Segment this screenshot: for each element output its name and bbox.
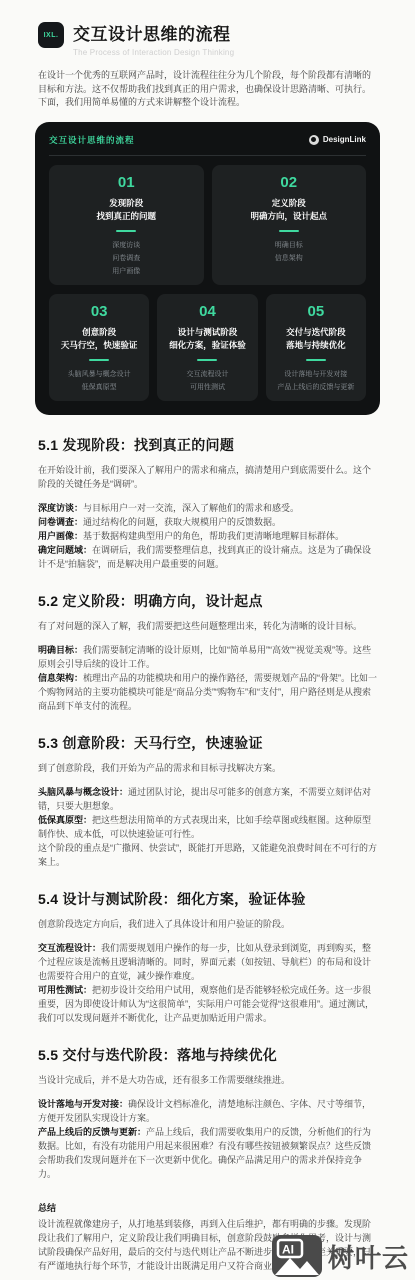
stage-item: 问卷调查 bbox=[53, 252, 200, 265]
stage-item: 深度访谈 bbox=[53, 239, 200, 252]
summary-heading: 总结 bbox=[38, 1201, 377, 1215]
point-term: 可用性测试： bbox=[38, 985, 92, 995]
stage-items: 设计落地与开发对接产品上线后的反馈与更新 bbox=[270, 368, 362, 394]
stage-accent-divider bbox=[197, 359, 217, 361]
intro-paragraph: 在设计一个优秀的互联网产品时，设计流程往往分为几个阶段，每个阶段都有清晰的目标和… bbox=[38, 69, 377, 110]
brand-label: DesignLink bbox=[323, 135, 366, 144]
ai-image-watermark-icon: AI bbox=[271, 1234, 323, 1278]
stage-items: 头脑风暴与概念设计低保真原型 bbox=[53, 368, 145, 394]
stage-tagline: 细化方案，验证体验 bbox=[161, 339, 253, 352]
stage-item: 交互流程设计 bbox=[161, 368, 253, 381]
stage-name: 设计与测试阶段 bbox=[161, 326, 253, 339]
stage-tagline: 天马行空，快速验证 bbox=[53, 339, 145, 352]
section-heading: 5.1 发现阶段：找到真正的问题 bbox=[38, 435, 377, 455]
stage-accent-divider bbox=[306, 359, 326, 361]
infographic-divider bbox=[49, 155, 366, 156]
section-point: 信息架构：梳理出产品的功能模块和用户的操作路径，需要规划产品的“骨架”。比如一个… bbox=[38, 671, 377, 713]
stage-card-01: 01发现阶段找到真正的问题深度访谈问卷调查用户画像 bbox=[49, 165, 204, 285]
stage-item: 信息架构 bbox=[216, 252, 363, 265]
stage-item: 可用性测试 bbox=[161, 381, 253, 394]
stage-number: 04 bbox=[161, 303, 253, 320]
app-logo-icon: IXL. bbox=[38, 22, 64, 48]
title-block: 交互设计思维的流程 The Process of Interaction Des… bbox=[73, 20, 234, 57]
stage-accent-divider bbox=[89, 359, 109, 361]
stage-items: 交互流程设计可用性测试 bbox=[161, 368, 253, 394]
stage-name: 创意阶段 bbox=[53, 326, 145, 339]
stage-item: 用户画像 bbox=[53, 265, 200, 278]
section-5-5: 5.5 交付与迭代阶段：落地与持续优化当设计完成后，并不是大功告成，还有很多工作… bbox=[38, 1045, 377, 1181]
section-point: 确定问题域：在调研后，我们需要整理信息，找到真正的设计痛点。这是为了确保设计不是… bbox=[38, 543, 377, 571]
stage-row-bottom: 03创意阶段天马行空，快速验证头脑风暴与概念设计低保真原型04设计与测试阶段细化… bbox=[49, 294, 366, 401]
stage-number: 02 bbox=[216, 174, 363, 191]
process-infographic-card: 交互设计思维的流程 DesignLink 01发现阶段找到真正的问题深度访谈问卷… bbox=[35, 122, 380, 415]
section-5-2: 5.2 定义阶段：明确方向，设计起点有了对问题的深入了解，我们需要把这些问题整理… bbox=[38, 591, 377, 713]
section-5-1: 5.1 发现阶段：找到真正的问题在开始设计前，我们要深入了解用户的需求和痛点，搞… bbox=[38, 435, 377, 571]
section-lead: 有了对问题的深入了解，我们需要把这些问题整理出来，转化为清晰的设计目标。 bbox=[38, 619, 377, 633]
stage-tagline: 落地与持续优化 bbox=[270, 339, 362, 352]
stage-card-02: 02定义阶段明确方向，设计起点明确目标信息架构 bbox=[212, 165, 367, 285]
app-logo-text: IXL. bbox=[44, 32, 59, 39]
section-points: 头脑风暴与概念设计：通过团队讨论，提出尽可能多的创意方案，不需要立刻评估对错，只… bbox=[38, 785, 377, 869]
section-point: 问卷调查：通过结构化的问题，获取大规模用户的反馈数据。 bbox=[38, 515, 377, 529]
section-points: 交互流程设计：我们需要规划用户操作的每一步，比如从登录到浏览，再到购买，整个过程… bbox=[38, 941, 377, 1025]
stage-items: 深度访谈问卷调查用户画像 bbox=[53, 239, 200, 278]
section-point: 头脑风暴与概念设计：通过团队讨论，提出尽可能多的创意方案，不需要立刻评估对错，只… bbox=[38, 785, 377, 813]
brand-badge: DesignLink bbox=[309, 135, 366, 145]
stage-number: 01 bbox=[53, 174, 200, 191]
infographic-header: 交互设计思维的流程 DesignLink bbox=[49, 134, 366, 146]
stage-card-05: 05交付与迭代阶段落地与持续优化设计落地与开发对接产品上线后的反馈与更新 bbox=[266, 294, 366, 401]
section-lead: 在开始设计前，我们要深入了解用户的需求和痛点，搞清楚用户到底需要什么。这个阶段的… bbox=[38, 463, 377, 491]
stage-item: 低保真原型 bbox=[53, 381, 145, 394]
stage-number: 05 bbox=[270, 303, 362, 320]
stage-number: 03 bbox=[53, 303, 145, 320]
stage-item: 产品上线后的反馈与更新 bbox=[270, 381, 362, 394]
point-term: 深度访谈： bbox=[38, 503, 83, 513]
stage-tagline: 找到真正的问题 bbox=[53, 210, 200, 223]
point-term: 信息架构： bbox=[38, 673, 83, 683]
section-point: 交互流程设计：我们需要规划用户操作的每一步，比如从登录到浏览，再到购买，整个过程… bbox=[38, 941, 377, 983]
section-point: 产品上线后的反馈与更新：产品上线后，我们需要收集用户的反馈，分析他们的行为数据。… bbox=[38, 1125, 377, 1181]
section-points: 明确目标：我们需要制定清晰的设计原则，比如“简单易用”“高效”“视觉美观”等。这… bbox=[38, 643, 377, 713]
section-points: 设计落地与开发对接：确保设计文档标准化，清楚地标注颜色、字体、尺寸等细节，方便开… bbox=[38, 1097, 377, 1181]
stage-items: 明确目标信息架构 bbox=[216, 239, 363, 265]
stage-accent-divider bbox=[116, 230, 136, 232]
point-term: 交互流程设计： bbox=[38, 943, 101, 953]
stage-item: 明确目标 bbox=[216, 239, 363, 252]
stage-tagline: 明确方向，设计起点 bbox=[216, 210, 363, 223]
section-point: 深度访谈：与目标用户一对一交流，深入了解他们的需求和感受。 bbox=[38, 501, 377, 515]
section-point: 这个阶段的重点是“广撒网、快尝试”，既能打开思路，又能避免浪费时间在不可行的方案… bbox=[38, 841, 377, 869]
section-heading: 5.2 定义阶段：明确方向，设计起点 bbox=[38, 591, 377, 611]
section-lead: 到了创意阶段，我们开始为产品的需求和目标寻找解决方案。 bbox=[38, 761, 377, 775]
section-point: 明确目标：我们需要制定清晰的设计原则，比如“简单易用”“高效”“视觉美观”等。这… bbox=[38, 643, 377, 671]
svg-text:AI: AI bbox=[282, 1243, 294, 1257]
page-title: 交互设计思维的流程 bbox=[73, 20, 234, 45]
article-sections: 5.1 发现阶段：找到真正的问题在开始设计前，我们要深入了解用户的需求和痛点，搞… bbox=[38, 435, 377, 1181]
point-term: 明确目标： bbox=[38, 645, 83, 655]
page-header: IXL. 交互设计思维的流程 The Process of Interactio… bbox=[38, 20, 377, 57]
point-term: 问卷调查： bbox=[38, 517, 83, 527]
infographic-title: 交互设计思维的流程 bbox=[49, 134, 135, 146]
point-term: 头脑风暴与概念设计： bbox=[38, 787, 128, 797]
section-heading: 5.4 设计与测试阶段：细化方案，验证体验 bbox=[38, 889, 377, 909]
section-lead: 当设计完成后，并不是大功告成，还有很多工作需要继续推进。 bbox=[38, 1073, 377, 1087]
section-lead: 创意阶段选定方向后，我们进入了具体设计和用户验证的阶段。 bbox=[38, 917, 377, 931]
watermark: AI 树叶云 bbox=[271, 1234, 409, 1278]
stage-name: 定义阶段 bbox=[216, 197, 363, 210]
stage-row-top: 01发现阶段找到真正的问题深度访谈问卷调查用户画像02定义阶段明确方向，设计起点… bbox=[49, 165, 366, 285]
stage-item: 头脑风暴与概念设计 bbox=[53, 368, 145, 381]
point-term: 用户画像： bbox=[38, 531, 83, 541]
designlink-logo-icon bbox=[309, 135, 319, 145]
stage-card-03: 03创意阶段天马行空，快速验证头脑风暴与概念设计低保真原型 bbox=[49, 294, 149, 401]
watermark-label: 树叶云 bbox=[328, 1238, 409, 1275]
section-point: 设计落地与开发对接：确保设计文档标准化，清楚地标注颜色、字体、尺寸等细节，方便开… bbox=[38, 1097, 377, 1125]
point-term: 设计落地与开发对接： bbox=[38, 1099, 128, 1109]
section-point: 可用性测试：把初步设计交给用户试用，观察他们是否能够轻松完成任务。这一步很重要，… bbox=[38, 983, 377, 1025]
stage-item: 设计落地与开发对接 bbox=[270, 368, 362, 381]
point-term: 产品上线后的反馈与更新： bbox=[38, 1127, 146, 1137]
section-heading: 5.5 交付与迭代阶段：落地与持续优化 bbox=[38, 1045, 377, 1065]
section-5-4: 5.4 设计与测试阶段：细化方案，验证体验创意阶段选定方向后，我们进入了具体设计… bbox=[38, 889, 377, 1025]
section-point: 低保真原型：把这些想法用简单的方式表现出来，比如手绘草图或线框图。这种原型制作快… bbox=[38, 813, 377, 841]
stage-name: 交付与迭代阶段 bbox=[270, 326, 362, 339]
point-term: 确定问题域： bbox=[38, 545, 92, 555]
page-subtitle: The Process of Interaction Design Thinki… bbox=[73, 48, 234, 57]
stage-accent-divider bbox=[279, 230, 299, 232]
article-page: IXL. 交互设计思维的流程 The Process of Interactio… bbox=[0, 0, 415, 1273]
stage-name: 发现阶段 bbox=[53, 197, 200, 210]
point-term: 低保真原型： bbox=[38, 815, 92, 825]
section-points: 深度访谈：与目标用户一对一交流，深入了解他们的需求和感受。问卷调查：通过结构化的… bbox=[38, 501, 377, 571]
section-5-3: 5.3 创意阶段：天马行空，快速验证到了创意阶段，我们开始为产品的需求和目标寻找… bbox=[38, 733, 377, 869]
stage-card-04: 04设计与测试阶段细化方案，验证体验交互流程设计可用性测试 bbox=[157, 294, 257, 401]
section-heading: 5.3 创意阶段：天马行空，快速验证 bbox=[38, 733, 377, 753]
section-point: 用户画像：基于数据构建典型用户的角色，帮助我们更清晰地理解目标群体。 bbox=[38, 529, 377, 543]
